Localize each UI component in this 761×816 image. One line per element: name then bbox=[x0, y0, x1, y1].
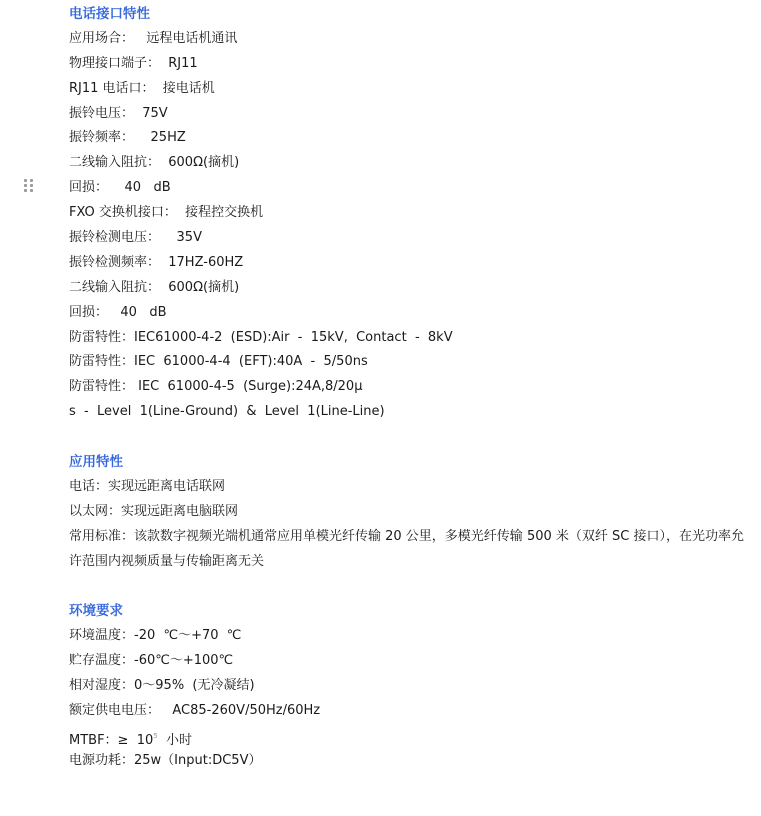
spec-line-lightning: 防雷特性：IEC 61000-4-4 (EFT):40A - 5/50ns bbox=[69, 350, 749, 375]
spec-line: 物理接口端子： RJ11 bbox=[69, 52, 749, 77]
section-heading-application: 应用特性 bbox=[69, 450, 749, 475]
drag-handle-grip-icon[interactable] bbox=[24, 179, 34, 193]
spec-line: 二线输入阻抗： 600Ω(摘机) bbox=[69, 276, 749, 301]
spec-line: 电源功耗：25w（Input:DC5V） bbox=[69, 749, 749, 774]
spec-line: 回损： 40 dB bbox=[69, 301, 749, 326]
spec-line: 相对湿度：0～95% (无冷凝结) bbox=[69, 674, 749, 699]
spec-line: 振铃检测电压： 35V bbox=[69, 226, 749, 251]
spec-line: RJ11 电话口： 接电话机 bbox=[69, 77, 749, 102]
spec-line-mtbf: MTBF：≥ 105 小时 bbox=[69, 724, 749, 749]
spec-line: 额定供电电压： AC85-260V/50Hz/60Hz bbox=[69, 699, 749, 724]
spec-line: 应用场合： 远程电话机通讯 bbox=[69, 27, 749, 52]
document-body: 电话接口特性 应用场合： 远程电话机通讯 物理接口端子： RJ11 RJ11 电… bbox=[69, 2, 749, 774]
spec-line: 二线输入阻抗： 600Ω(摘机) bbox=[69, 151, 749, 176]
mtbf-suffix: 小时 bbox=[158, 733, 192, 748]
spec-line-lightning: 防雷特性： IEC 61000-4-5 (Surge):24A,8/20μ bbox=[69, 375, 749, 400]
mtbf-prefix: MTBF：≥ 10 bbox=[69, 733, 153, 748]
section-heading-phone-interface: 电话接口特性 bbox=[69, 2, 749, 27]
spec-line: 振铃检测频率： 17HZ-60HZ bbox=[69, 251, 749, 276]
spacer bbox=[69, 425, 749, 450]
spacer bbox=[69, 575, 749, 600]
section-heading-environment: 环境要求 bbox=[69, 599, 749, 624]
spec-line: FXO 交换机接口： 接程控交换机 bbox=[69, 201, 749, 226]
spec-line: 以太网：实现远距离电脑联网 bbox=[69, 500, 749, 525]
spec-line: 电话：实现远距离电话联网 bbox=[69, 475, 749, 500]
spec-line: 回损： 40 dB bbox=[69, 176, 749, 201]
spec-line: 振铃频率： 25HZ bbox=[69, 126, 749, 151]
spec-line: 环境温度：-20 ℃～+70 ℃ bbox=[69, 624, 749, 649]
spec-line: 贮存温度：-60℃～+100℃ bbox=[69, 649, 749, 674]
spec-line-lightning: s - Level 1(Line-Ground) & Level 1(Line-… bbox=[69, 400, 749, 425]
spec-line: 振铃电压： 75V bbox=[69, 102, 749, 127]
spec-line-lightning: 防雷特性：IEC61000-4-2 (ESD):Air - 15kV, Cont… bbox=[69, 326, 749, 351]
spec-line-standard: 常用标准：该款数字视频光端机通常应用单模光纤传输 20 公里，多模光纤传输 50… bbox=[69, 525, 749, 575]
